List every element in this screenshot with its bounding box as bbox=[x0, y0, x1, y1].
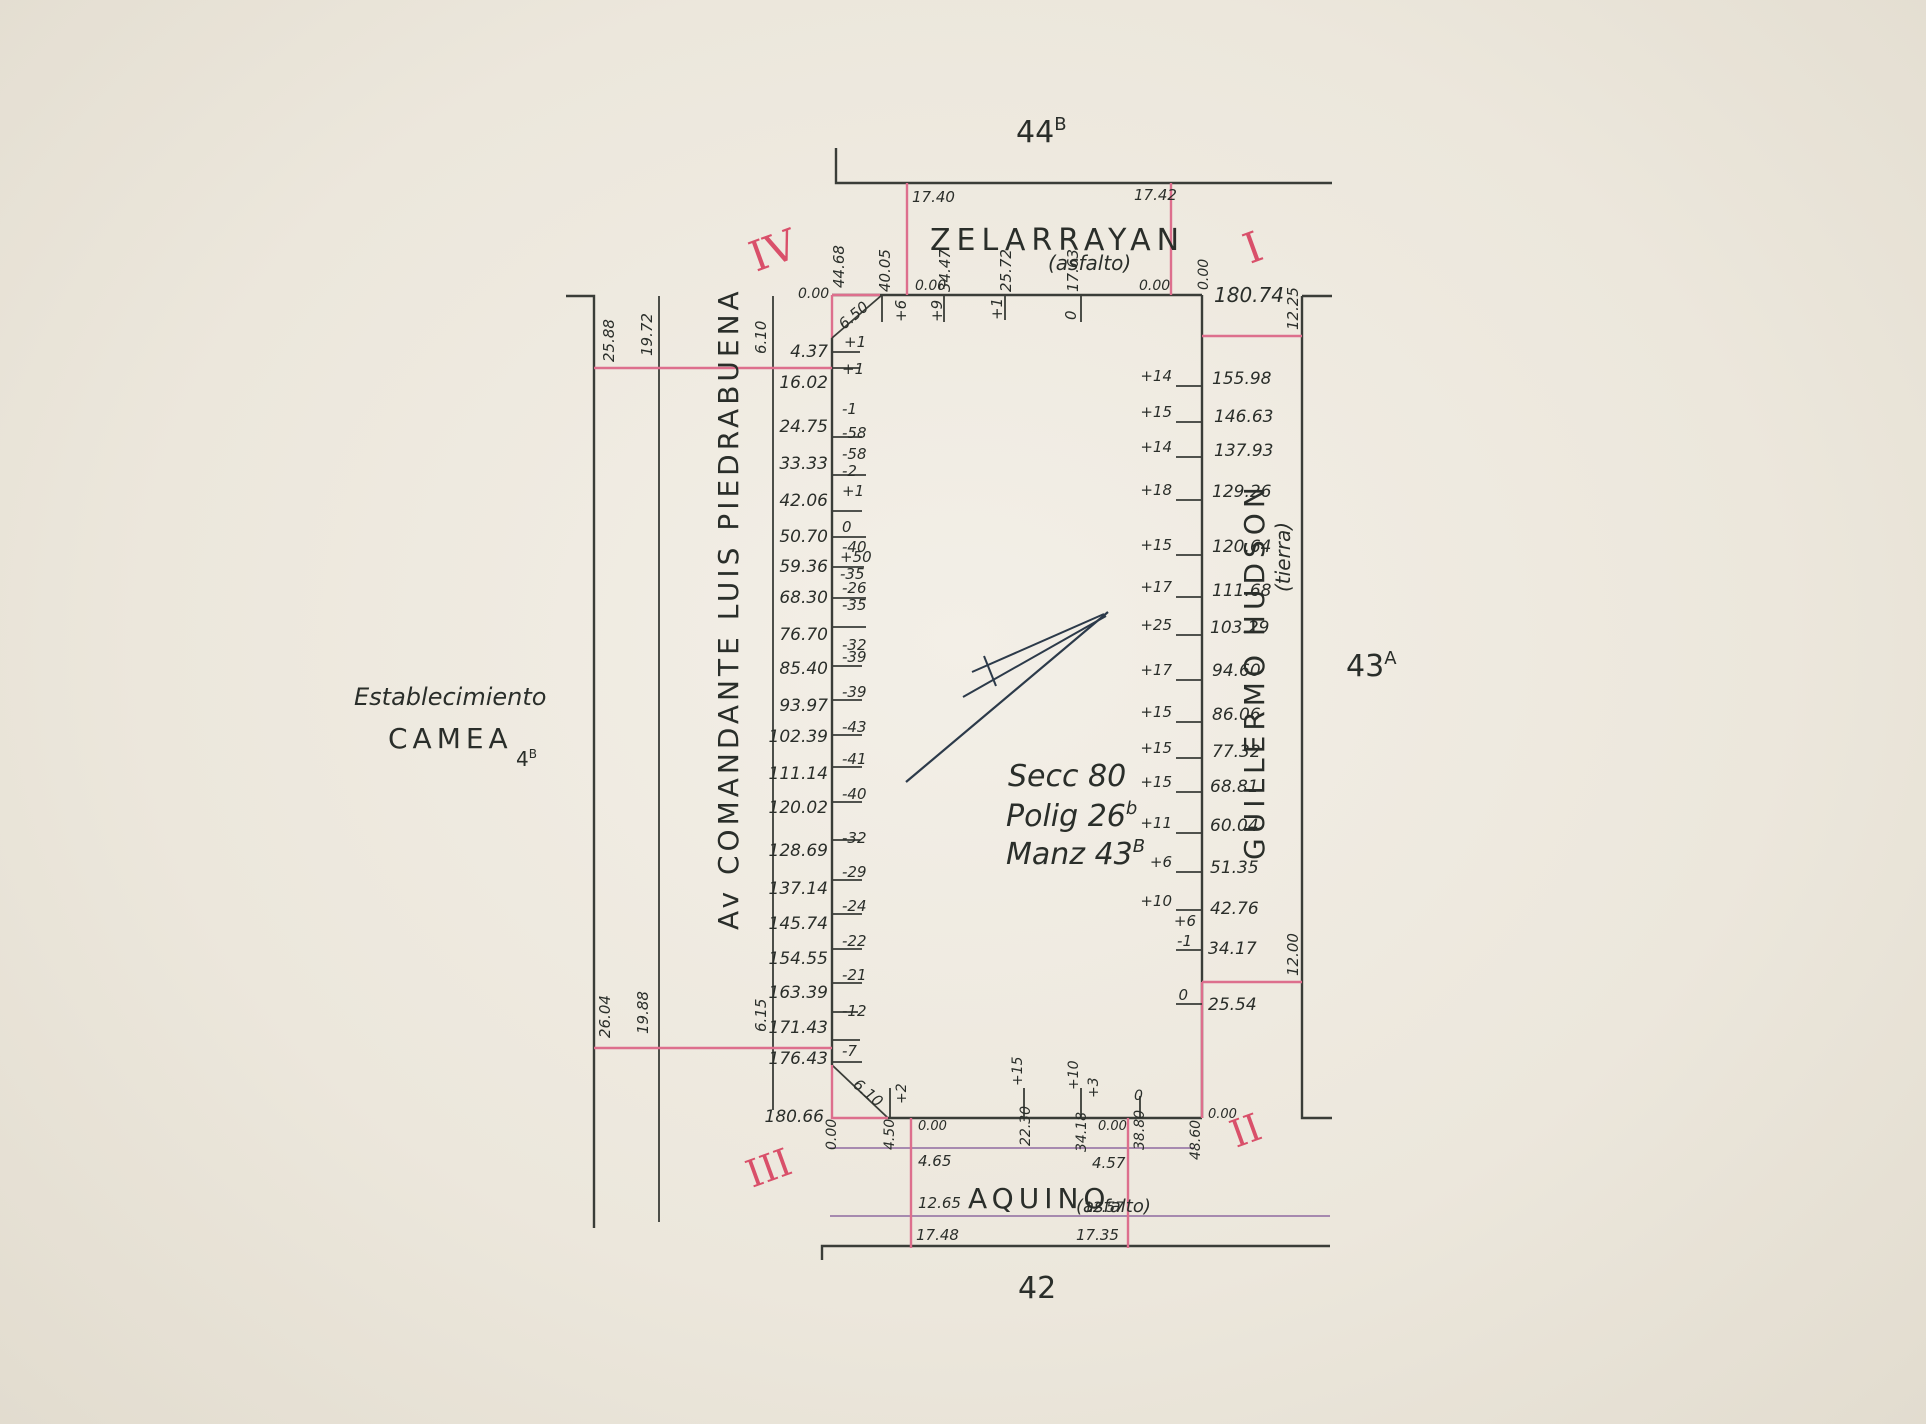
north-east-width: 17.42 bbox=[1134, 186, 1177, 204]
svg-text:4.37: 4.37 bbox=[790, 342, 828, 362]
north-level-2: +1 bbox=[988, 298, 1006, 320]
svg-text:33.33: 33.33 bbox=[779, 454, 828, 474]
svg-text:0.00: 0.00 bbox=[918, 1119, 947, 1134]
neighbor-east-block: 43A bbox=[1346, 648, 1397, 684]
svg-text:-39: -39 bbox=[842, 683, 867, 701]
north-chainage-1: 40.05 bbox=[876, 249, 894, 292]
street-east-surface: (tierra) bbox=[1271, 522, 1295, 592]
west-avenue-outer-line bbox=[566, 296, 594, 1228]
svg-text:-41: -41 bbox=[842, 750, 867, 768]
svg-text:111.14: 111.14 bbox=[769, 764, 828, 784]
svg-text:-35: -35 bbox=[842, 596, 867, 614]
svg-text:+10: +10 bbox=[1066, 1060, 1082, 1090]
svg-text:+14: +14 bbox=[1140, 438, 1172, 456]
svg-text:-26: -26 bbox=[842, 579, 867, 597]
svg-text:0.00: 0.00 bbox=[1208, 1107, 1237, 1122]
svg-text:-21: -21 bbox=[842, 966, 867, 984]
svg-text:51.35: 51.35 bbox=[1210, 858, 1259, 878]
svg-text:120.02: 120.02 bbox=[769, 798, 828, 818]
corner-I-label: I bbox=[1237, 222, 1269, 274]
svg-text:+25: +25 bbox=[1140, 616, 1172, 634]
svg-text:-29: -29 bbox=[842, 863, 867, 881]
svg-text:0: 0 bbox=[1134, 1088, 1143, 1104]
north-level-3: 0 bbox=[1062, 310, 1080, 320]
svg-text:-22: -22 bbox=[842, 932, 867, 950]
north-chainage-0: 44.68 bbox=[830, 245, 848, 288]
svg-text:-7: -7 bbox=[842, 1042, 857, 1060]
neighbor-west-block: 4B bbox=[516, 747, 537, 771]
svg-text:4.50: 4.50 bbox=[882, 1119, 898, 1150]
svg-text:4.57: 4.57 bbox=[1092, 1154, 1126, 1172]
svg-text:+1: +1 bbox=[844, 333, 866, 351]
west-ave-top-2: 6.10 bbox=[752, 321, 770, 354]
svg-text:+50: +50 bbox=[840, 548, 872, 566]
svg-text:-58: -58 bbox=[842, 424, 867, 442]
ne-corner-chainage: 180.74 bbox=[1214, 283, 1284, 307]
svg-text:34.18: 34.18 bbox=[1074, 1112, 1090, 1152]
svg-text:102.39: 102.39 bbox=[769, 727, 828, 747]
svg-text:+15: +15 bbox=[1140, 773, 1172, 791]
north-west-width: 17.40 bbox=[912, 188, 955, 206]
cadastral-plan-sheet: 44B 42 43A Establecimiento CAMEA 4B Secc… bbox=[0, 0, 1926, 1424]
svg-text:+10: +10 bbox=[1140, 892, 1172, 910]
svg-text:60.04: 60.04 bbox=[1210, 816, 1259, 836]
sw-chamfer-length: 6.10 bbox=[849, 1075, 886, 1110]
svg-text:-58: -58 bbox=[842, 445, 867, 463]
svg-text:-1: -1 bbox=[1177, 932, 1192, 950]
svg-text:12.65: 12.65 bbox=[918, 1194, 961, 1212]
svg-text:76.70: 76.70 bbox=[779, 625, 828, 645]
svg-text:68.81: 68.81 bbox=[1210, 777, 1259, 797]
polygon-label: Polig 26b bbox=[1006, 798, 1137, 834]
street-west-name: Av COMANDANTE LUIS PIEDRABUENA bbox=[712, 287, 745, 930]
svg-text:50.70: 50.70 bbox=[779, 527, 828, 547]
east-street-top-width: 12.25 bbox=[1284, 287, 1302, 330]
svg-text:128.69: 128.69 bbox=[769, 841, 828, 861]
svg-text:120.64: 120.64 bbox=[1212, 537, 1271, 557]
block-label: Manz 43B bbox=[1006, 836, 1145, 872]
svg-text:+2: +2 bbox=[894, 1083, 910, 1104]
survey-drawing: 44B 42 43A Establecimiento CAMEA 4B Secc… bbox=[0, 0, 1926, 1424]
svg-text:16.02: 16.02 bbox=[779, 373, 828, 393]
svg-text:0: 0 bbox=[1178, 986, 1188, 1004]
svg-text:146.63: 146.63 bbox=[1214, 407, 1273, 427]
south-ticks bbox=[890, 1088, 1140, 1118]
svg-text:+6: +6 bbox=[1174, 912, 1196, 930]
svg-text:0.00: 0.00 bbox=[1098, 1119, 1127, 1134]
north-zero-3: 0.00 bbox=[1196, 259, 1212, 290]
north-ticks bbox=[882, 295, 1081, 322]
svg-text:180.66: 180.66 bbox=[765, 1107, 825, 1127]
svg-text:111.68: 111.68 bbox=[1212, 581, 1272, 601]
svg-text:-24: -24 bbox=[842, 897, 867, 915]
svg-text:-40: -40 bbox=[842, 785, 867, 803]
svg-text:103.29: 103.29 bbox=[1210, 618, 1269, 638]
svg-text:22.30: 22.30 bbox=[1018, 1106, 1034, 1146]
svg-text:+3: +3 bbox=[1086, 1077, 1102, 1098]
neighbor-south-block: 42 bbox=[1018, 1271, 1056, 1306]
north-chainage-3: 25.72 bbox=[997, 249, 1015, 292]
east-street-bottom-width: 12.00 bbox=[1284, 933, 1302, 976]
north-zero-1: 0.00 bbox=[915, 278, 946, 294]
west-ave-top-1: 19.72 bbox=[638, 313, 656, 356]
svg-text:68.30: 68.30 bbox=[779, 588, 828, 608]
svg-text:38.80: 38.80 bbox=[1132, 1110, 1148, 1150]
svg-text:59.36: 59.36 bbox=[779, 557, 828, 577]
neighbor-west-company: CAMEA bbox=[388, 722, 513, 755]
svg-text:+15: +15 bbox=[1140, 739, 1172, 757]
svg-text:4.65: 4.65 bbox=[918, 1152, 951, 1170]
svg-text:176.43: 176.43 bbox=[769, 1049, 828, 1069]
svg-text:17.48: 17.48 bbox=[916, 1226, 959, 1244]
section-label: Secc 80 bbox=[1008, 759, 1126, 794]
svg-text:12.57: 12.57 bbox=[1084, 1200, 1124, 1216]
svg-text:+1: +1 bbox=[842, 360, 864, 378]
nw-chamfer-length: 6.50 bbox=[835, 298, 872, 333]
svg-text:0: 0 bbox=[842, 518, 852, 536]
north-zero-2: 0.00 bbox=[1139, 278, 1170, 294]
svg-text:+15: +15 bbox=[1140, 536, 1172, 554]
svg-text:-32: -32 bbox=[842, 829, 867, 847]
svg-text:42.06: 42.06 bbox=[779, 491, 828, 511]
svg-text:154.55: 154.55 bbox=[769, 949, 828, 969]
svg-text:137.93: 137.93 bbox=[1214, 441, 1273, 461]
svg-text:77.32: 77.32 bbox=[1212, 742, 1261, 762]
svg-text:-1: -1 bbox=[842, 400, 857, 418]
west-side-profile: 4.37 +1 16.02 +1 24.75 -1 -58 33.33 -58 … bbox=[765, 333, 872, 1127]
svg-text:24.75: 24.75 bbox=[779, 417, 828, 437]
svg-text:-43: -43 bbox=[842, 718, 867, 736]
svg-text:+15: +15 bbox=[1140, 403, 1172, 421]
north-chainage-4: 17.63 bbox=[1064, 249, 1082, 292]
svg-text:+11: +11 bbox=[1140, 814, 1172, 832]
svg-text:137.14: 137.14 bbox=[769, 879, 828, 899]
north-level-0: +6 bbox=[892, 300, 910, 322]
svg-text:-39: -39 bbox=[842, 648, 867, 666]
svg-text:48.60: 48.60 bbox=[1188, 1120, 1204, 1160]
svg-text:+15: +15 bbox=[1140, 703, 1172, 721]
corner-IV-label: IV bbox=[743, 219, 804, 281]
svg-text:145.74: 145.74 bbox=[769, 914, 828, 934]
corner-III-label: III bbox=[740, 1140, 797, 1197]
svg-text:171.43: 171.43 bbox=[769, 1018, 828, 1038]
west-ave-top-0: 25.88 bbox=[600, 319, 618, 362]
south-block-boundary bbox=[822, 1246, 1330, 1260]
svg-text:+6: +6 bbox=[1150, 853, 1172, 871]
svg-text:163.39: 163.39 bbox=[769, 983, 828, 1003]
svg-text:34.17: 34.17 bbox=[1208, 939, 1257, 959]
neighbor-north-block: 44B bbox=[1016, 114, 1067, 150]
neighbor-west-name: Establecimiento bbox=[354, 683, 546, 711]
svg-text:+1: +1 bbox=[842, 482, 864, 500]
north-level-1: +9 bbox=[928, 300, 946, 322]
svg-text:86.06: 86.06 bbox=[1212, 705, 1261, 725]
svg-text:42.76: 42.76 bbox=[1210, 899, 1259, 919]
svg-text:17.35: 17.35 bbox=[1076, 1226, 1119, 1244]
svg-text:0.00: 0.00 bbox=[824, 1119, 840, 1150]
street-north-surface: (asfalto) bbox=[1048, 251, 1131, 275]
svg-text:-12: -12 bbox=[842, 1002, 867, 1020]
svg-text:129.26: 129.26 bbox=[1212, 482, 1272, 502]
north-arrow-icon bbox=[906, 612, 1108, 782]
north-zero-0: 0.00 bbox=[798, 286, 829, 302]
svg-text:-2: -2 bbox=[842, 462, 857, 480]
svg-text:+15: +15 bbox=[1010, 1056, 1026, 1086]
svg-text:94.60: 94.60 bbox=[1212, 661, 1261, 681]
east-street-outer-line bbox=[1302, 296, 1332, 1118]
north-block-boundary bbox=[836, 148, 1332, 183]
svg-text:+14: +14 bbox=[1140, 367, 1172, 385]
svg-text:+18: +18 bbox=[1140, 481, 1172, 499]
west-ave-bottom-1: 19.88 bbox=[634, 991, 652, 1034]
svg-text:85.40: 85.40 bbox=[779, 659, 828, 679]
svg-text:25.54: 25.54 bbox=[1208, 995, 1257, 1015]
svg-text:+17: +17 bbox=[1140, 578, 1172, 596]
svg-text:+17: +17 bbox=[1140, 661, 1172, 679]
west-ave-bottom-0: 26.04 bbox=[596, 995, 614, 1038]
svg-text:155.98: 155.98 bbox=[1212, 369, 1272, 389]
svg-text:93.97: 93.97 bbox=[779, 696, 828, 716]
west-ave-bottom-2: 6.15 bbox=[752, 999, 770, 1032]
